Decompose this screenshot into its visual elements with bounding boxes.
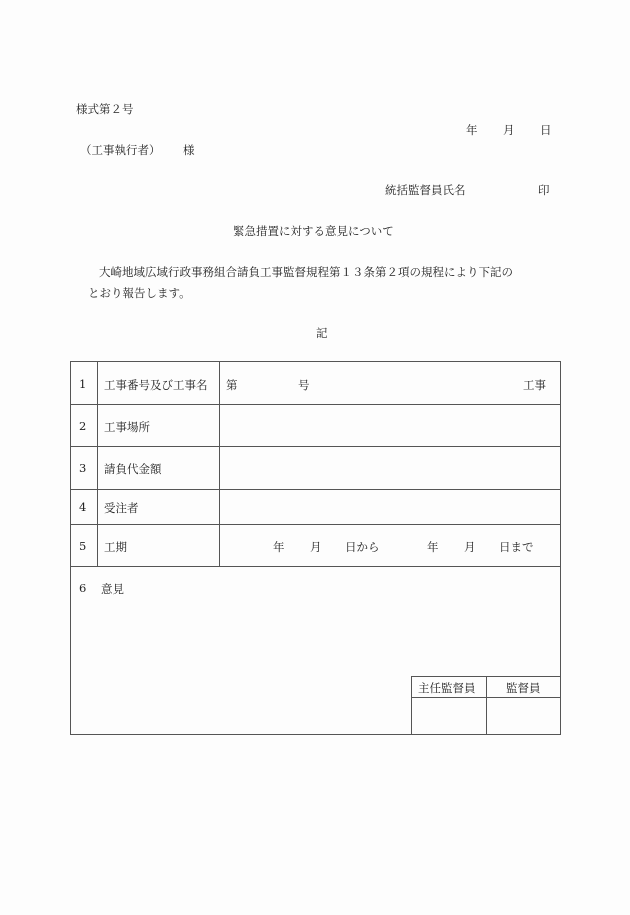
row-number: 5 [79,539,86,553]
body-line-2: とおり報告します。 [88,285,191,301]
contractor-field[interactable] [222,492,558,522]
approval-col-divider [486,676,487,735]
work-name-suffix[interactable]: 工事 [523,377,546,393]
table-border-bottom [70,734,561,735]
addressee-label: （工事執行者） [80,142,161,158]
row-divider [70,566,561,567]
row-divider [70,404,561,405]
row-label: 請負代金額 [104,461,162,477]
row-label: 意見 [101,581,124,597]
table-border-right [560,361,561,735]
ki-heading: 記 [316,325,328,341]
date-day: 日 [540,122,552,138]
row-label: 工事番号及び工事名 [104,377,208,393]
seal-mark: 印 [538,182,550,198]
col-divider-2 [219,361,220,566]
supervisor-seal-field[interactable] [488,699,559,733]
start-month[interactable]: 月 [310,539,322,555]
contract-amount-field[interactable] [222,449,558,487]
table-border-top [70,361,561,362]
start-year[interactable]: 年 [273,539,285,555]
signatory-label: 統括監督員氏名 [385,182,466,198]
row-number: 4 [79,500,86,514]
form-number: 様式第２号 [76,101,134,117]
approval-border-left [411,676,412,735]
row-number: 1 [79,377,86,391]
chief-supervisor-label: 主任監督員 [418,680,476,696]
work-number-suffix[interactable]: 号 [298,377,310,393]
start-day[interactable]: 日から [345,539,380,555]
chief-supervisor-seal-field[interactable] [413,699,485,733]
date-year: 年 [466,122,478,138]
end-year[interactable]: 年 [427,539,439,555]
row-divider [70,446,561,447]
row-label: 工期 [104,539,127,555]
end-month[interactable]: 月 [464,539,476,555]
document-title: 緊急措置に対する意見について [233,223,394,239]
work-location-field[interactable] [222,407,558,444]
col-divider-1 [97,361,98,566]
row-label: 工事場所 [104,419,150,435]
work-number-prefix[interactable]: 第 [226,377,238,393]
row-number: 3 [79,461,86,475]
date-month: 月 [503,122,515,138]
opinion-field[interactable] [100,598,400,728]
addressee-honorific: 様 [183,142,195,158]
row-divider [70,489,561,490]
body-line-1: 大崎地域広域行政事務組合請負工事監督規程第１３条第２項の規程により下記の [99,264,513,280]
supervisor-label: 監督員 [506,680,541,696]
end-day[interactable]: 日まで [499,539,534,555]
table-border-left [70,361,71,735]
row-divider [70,524,561,525]
row-label: 受注者 [104,500,139,516]
row-number: 6 [79,581,86,595]
row-number: 2 [79,419,86,433]
